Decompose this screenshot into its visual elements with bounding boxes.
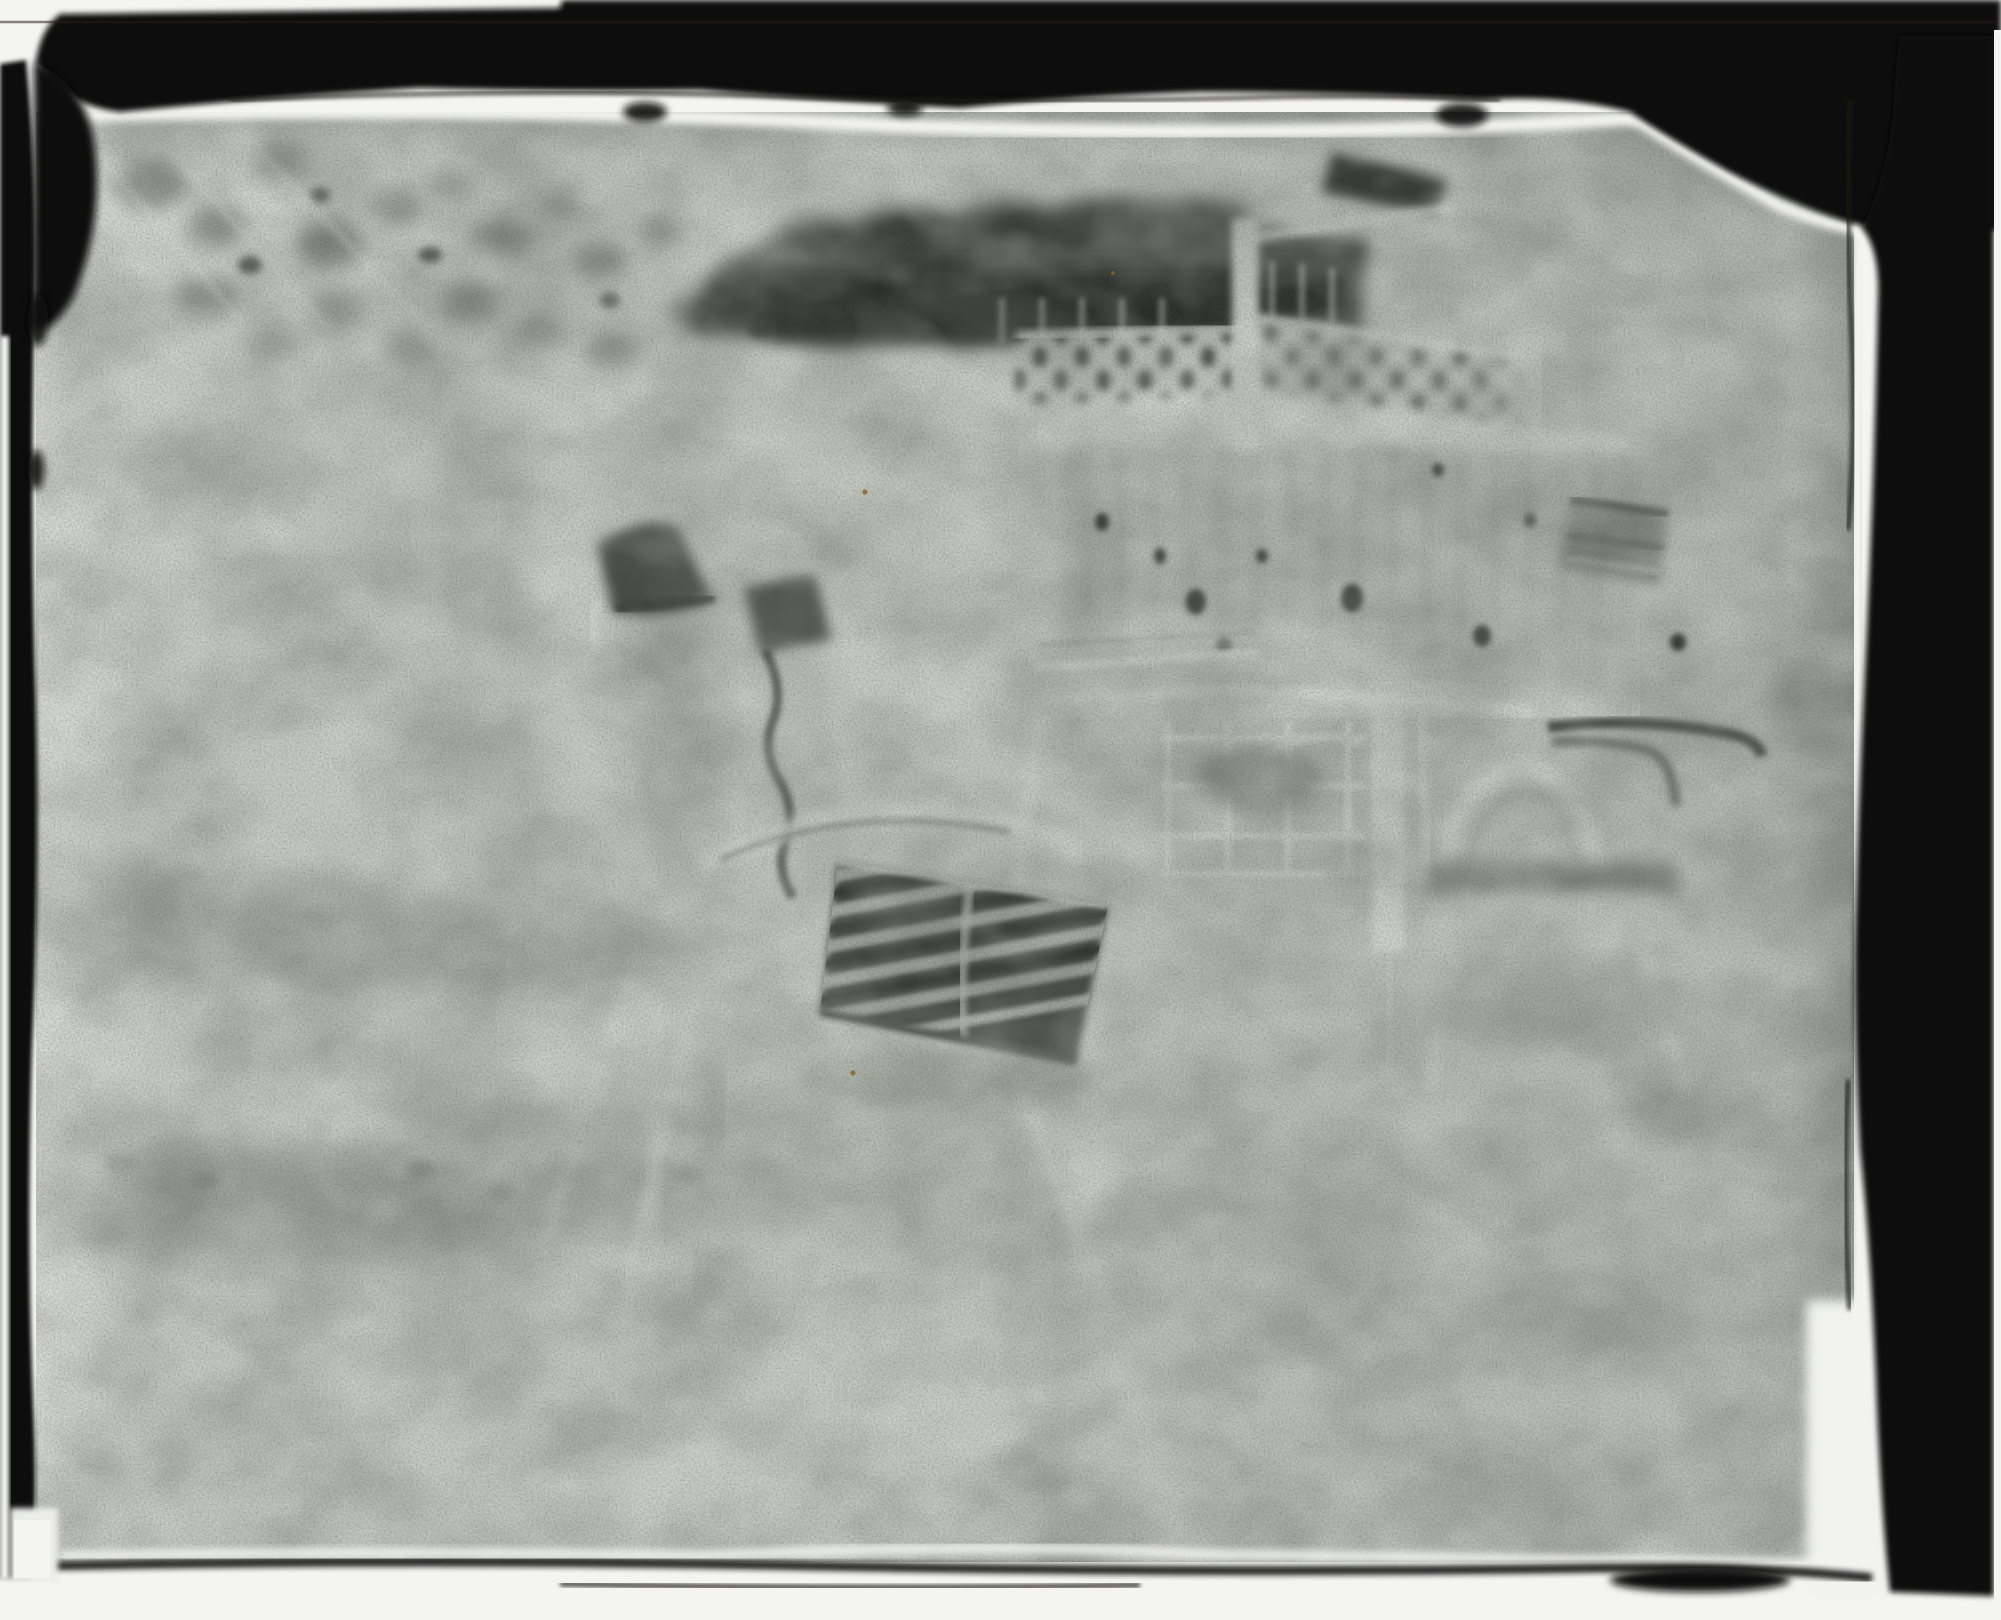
bottom-left-notch xyxy=(10,1508,58,1582)
right-outer-sliver xyxy=(1994,30,2001,1620)
photo-canvas xyxy=(0,0,2001,1620)
paper-negative-photo xyxy=(0,0,2001,1620)
film-grain xyxy=(36,112,1862,1562)
scanned-photograph-page xyxy=(0,0,2001,1620)
left-outer-sliver xyxy=(0,336,9,1580)
photo-area xyxy=(0,110,1878,1562)
